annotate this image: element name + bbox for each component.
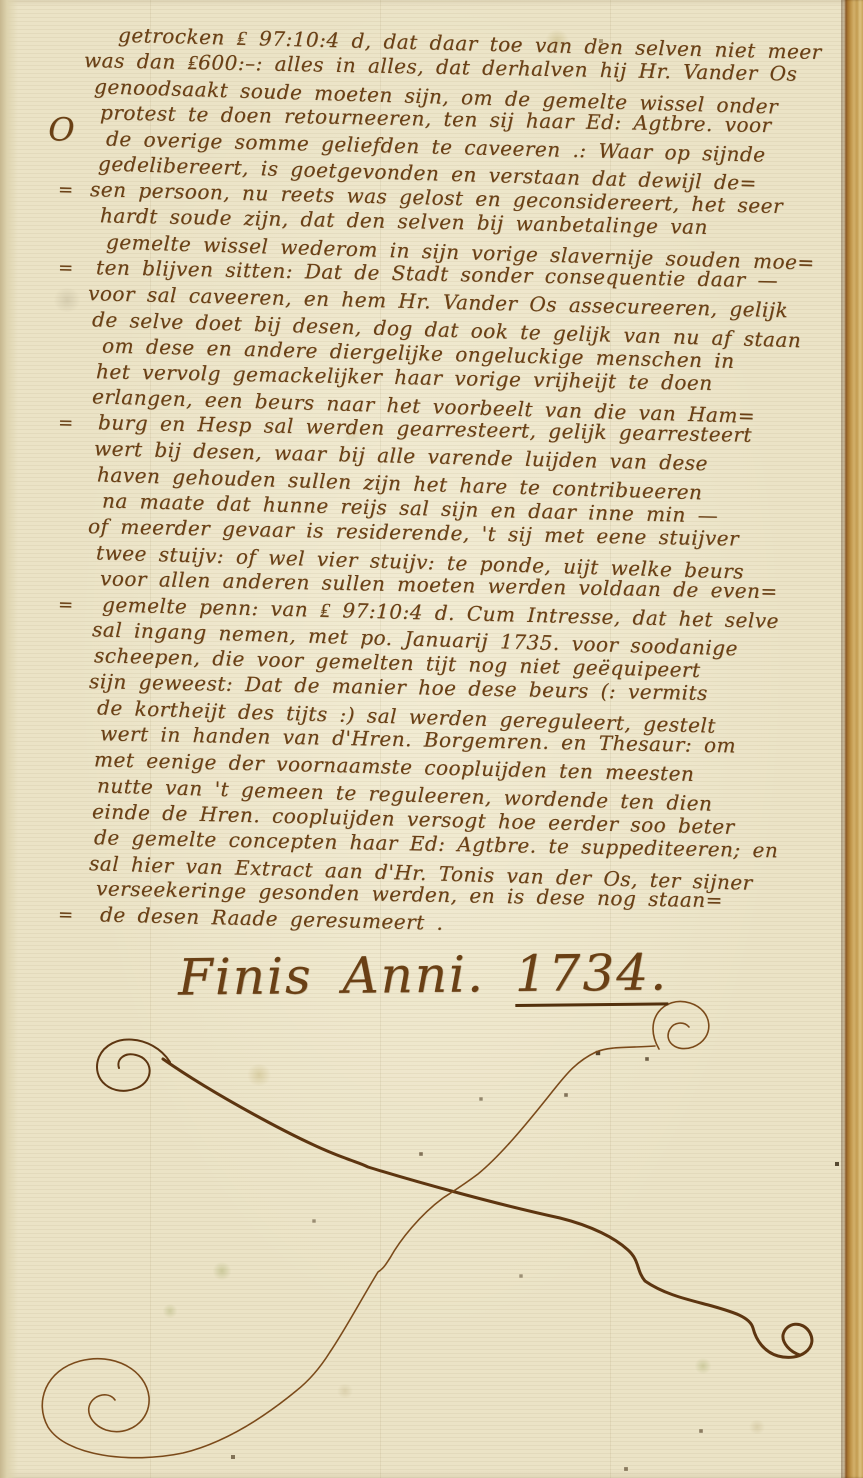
manuscript-page: { "colors":{ "ink":"#6a4015", "ink_dark"… <box>0 0 863 1478</box>
paper-stain <box>246 1064 272 1086</box>
finis-line: Finis Anni. 1734. <box>138 943 709 1007</box>
finis-year: 1734. <box>514 943 668 1007</box>
paper-stain <box>748 1420 766 1434</box>
paper-stain <box>336 1384 354 1398</box>
paper-stain <box>212 1262 232 1280</box>
left-gutter-shadow <box>0 0 18 1478</box>
paper-stain <box>694 1358 712 1374</box>
margin-mark: = <box>58 411 72 437</box>
right-binding-edge <box>841 0 863 1478</box>
flourish-thick-stroke <box>163 1059 812 1357</box>
paper-stain <box>52 288 82 312</box>
margin-mark: = <box>58 178 72 204</box>
flourish-thick-curl <box>97 1040 170 1091</box>
paper-stain <box>162 1304 178 1318</box>
margin-mark: = <box>58 592 72 618</box>
margin-mark: = <box>58 903 72 929</box>
finis-prefix: Finis Anni. <box>178 945 485 1006</box>
flourish-thin-curl <box>653 1001 709 1049</box>
margin-mark: = <box>58 256 72 282</box>
text-block: getrocken ₤ 97:10:4 d, dat daar toe van … <box>84 22 848 928</box>
margin-mark: O <box>48 117 73 143</box>
